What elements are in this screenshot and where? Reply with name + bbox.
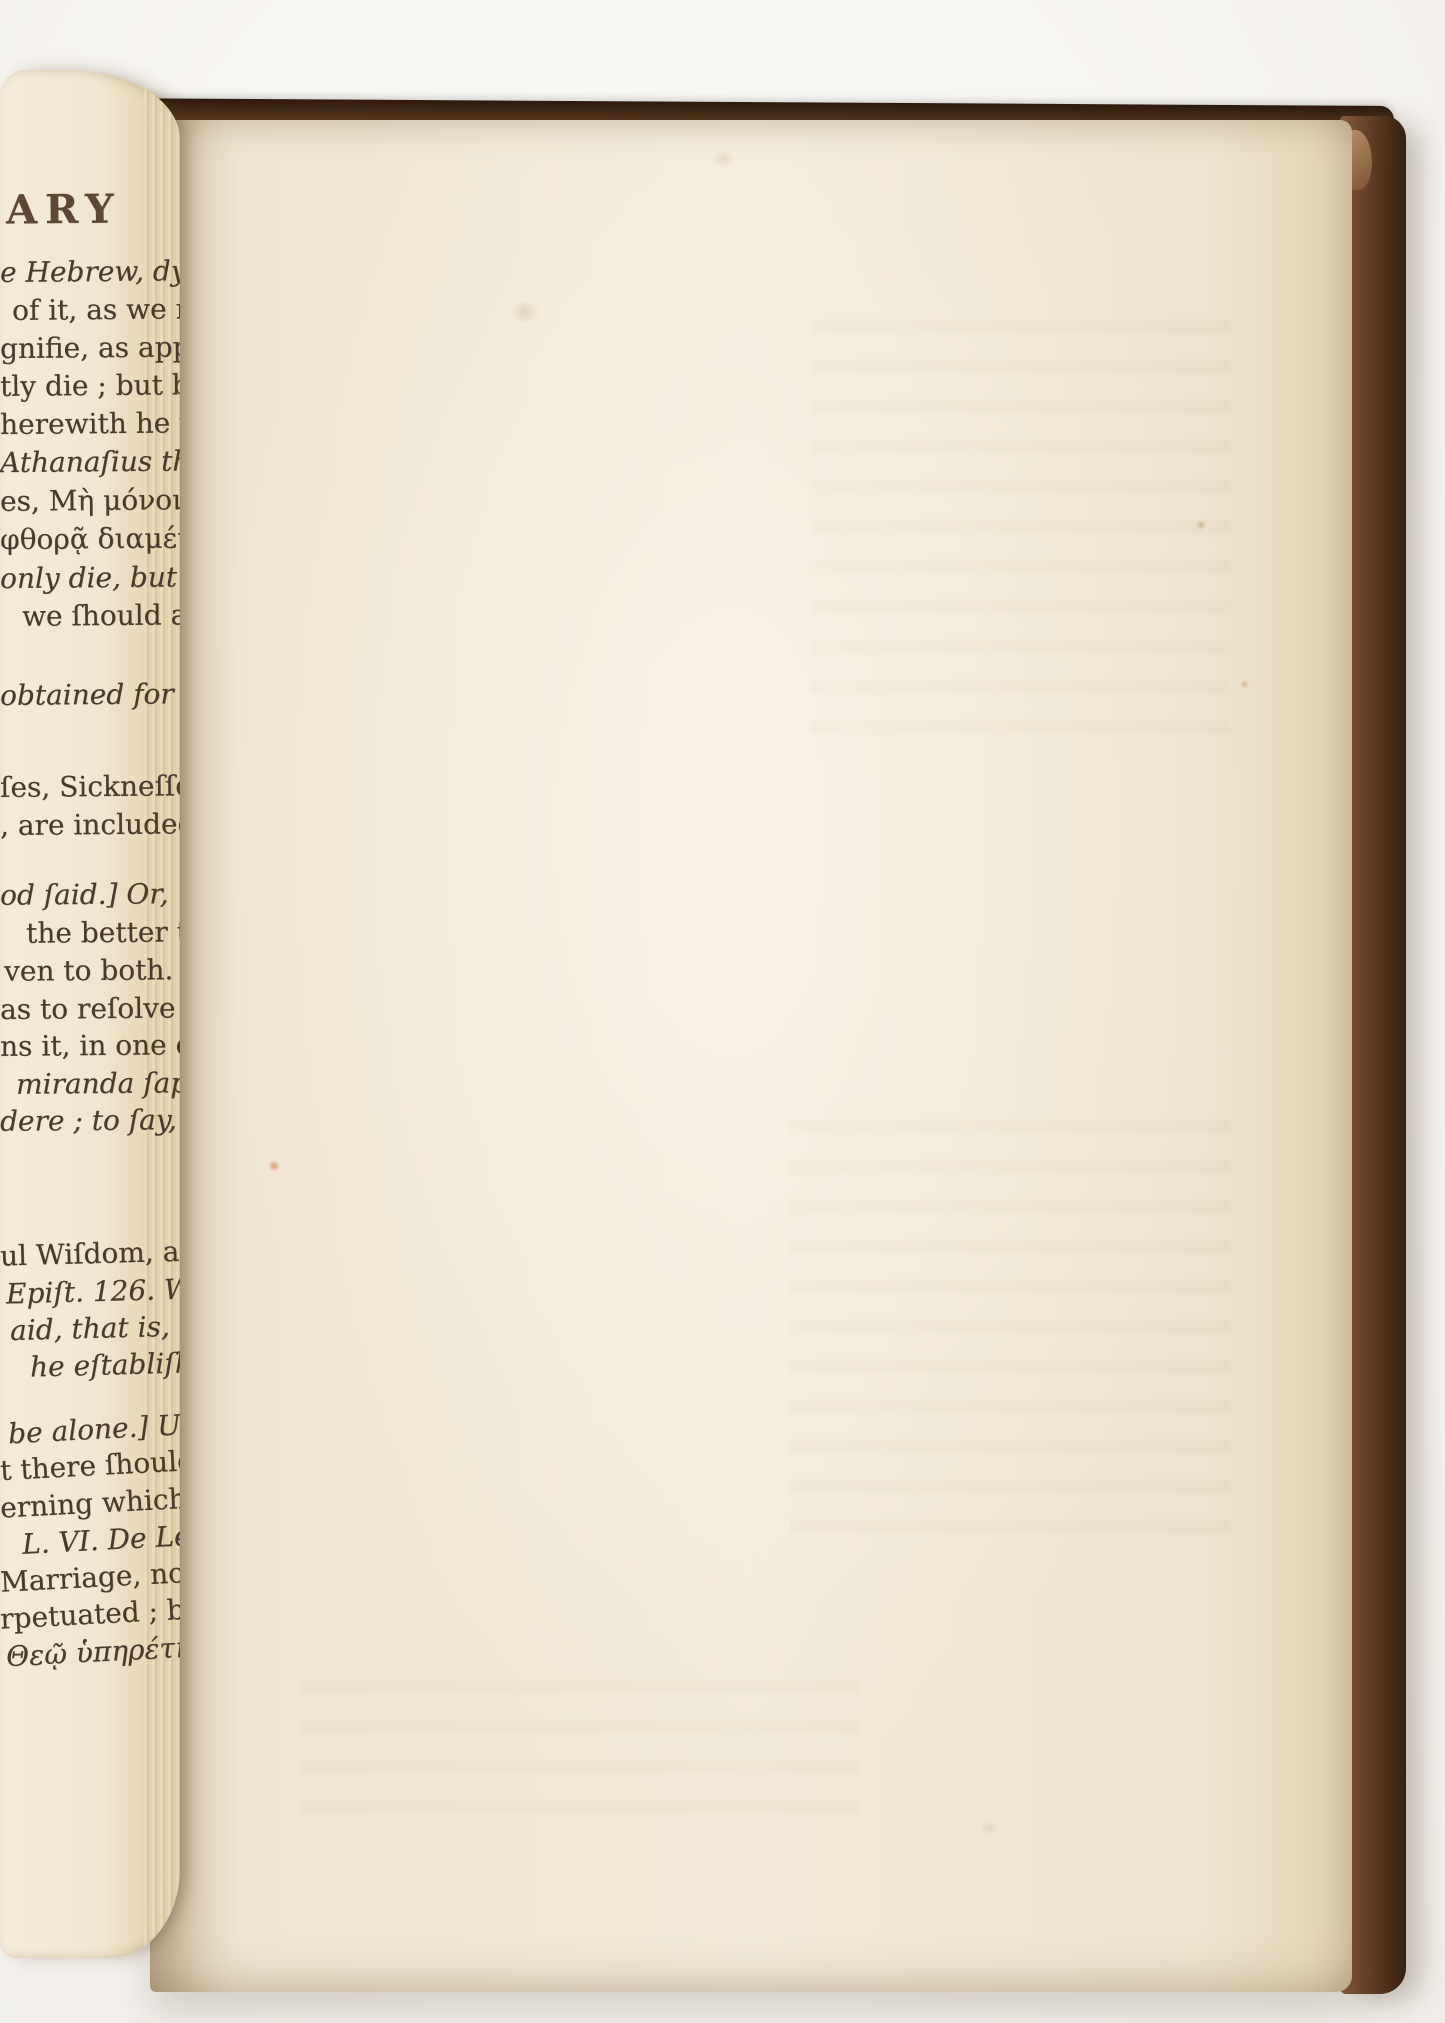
foxing-stain [1196, 520, 1206, 530]
show-through-ghost [790, 1120, 1230, 1540]
show-through-ghost [300, 1680, 860, 1820]
previous-page-text-fragment: φθορᾷ διαμένειν, ( [0, 521, 180, 556]
previous-page-text-fragment: ul Wiſdom, an [0, 1234, 180, 1272]
previous-page-text-fragment: Marriage, not o [0, 1554, 180, 1599]
previous-page-text-fragment: Athanaſius thinks, [0, 444, 180, 479]
previous-page-text-fragment: Θεῷ ὑπηρέτης, ἀ [5, 1628, 180, 1673]
previous-page-text-fragment: aid, that is, [10, 1310, 171, 1347]
previous-page-text-fragment: Epiſt. 126. W [6, 1273, 180, 1311]
previous-page-header-fragment: ARY [6, 185, 122, 233]
previous-page-text-fragment: t there ſhould [0, 1444, 180, 1487]
previous-page-text-fragment: , are included in [0, 807, 180, 842]
foxing-stain [268, 1160, 280, 1172]
previous-page-text-fragment: the better to [26, 915, 180, 950]
previous-page-text-fragment: we ſhould all [22, 598, 180, 633]
foxing-stain [510, 300, 540, 324]
previous-page-text-fragment: he eſtabliſhed [30, 1345, 180, 1383]
book-page [150, 120, 1352, 1992]
previous-page-text: ARYe Hebrew, dyinof it, as we riggnifie,… [0, 70, 180, 1958]
foxing-stain [980, 1820, 1000, 1836]
curled-previous-page: ARYe Hebrew, dyinof it, as we riggnifie,… [0, 70, 180, 1958]
previous-page-text-fragment: as to reſolve and [0, 991, 180, 1026]
foxing-stain [1240, 680, 1249, 689]
previous-page-text-fragment: only die, but rem [0, 560, 180, 595]
previous-page-text-fragment: tly die ; but be [0, 368, 180, 403]
previous-page-text-fragment: es, Μὴ μόνον [0, 483, 180, 518]
previous-page-text-fragment: L. VI. De Leg [21, 1518, 180, 1561]
previous-page-text-fragment: ven to both. [4, 953, 174, 987]
previous-page-text-fragment: rpetuated ; but [0, 1591, 180, 1635]
previous-page-text-fragment: be alone.] Unc [7, 1407, 180, 1451]
previous-page-text-fragment: obtained for us [0, 677, 180, 712]
previous-page-text-fragment: od ſaid.] Or, [0, 877, 169, 911]
previous-page-text-fragment: e Hebrew, dyin [0, 254, 180, 289]
previous-page-text-fragment: erning which P [0, 1480, 180, 1524]
previous-page-text-fragment: of it, as we rig [12, 292, 180, 327]
show-through-ghost [810, 320, 1230, 740]
photo-background: { "page": { "number": "53", "header": { … [0, 0, 1445, 2023]
previous-page-text-fragment: ns it, in one of [0, 1028, 180, 1063]
foxing-stain [710, 150, 736, 168]
previous-page-text-fragment: miranda ſapi [16, 1066, 180, 1101]
previous-page-text-fragment: herewith he was [0, 406, 180, 441]
previous-page-text-fragment: gnifie, as appears [0, 330, 180, 365]
previous-page-text-fragment: dere ; to ſay, [0, 1103, 177, 1138]
previous-page-text-fragment: ſes, Sickneſſes, [0, 769, 180, 804]
